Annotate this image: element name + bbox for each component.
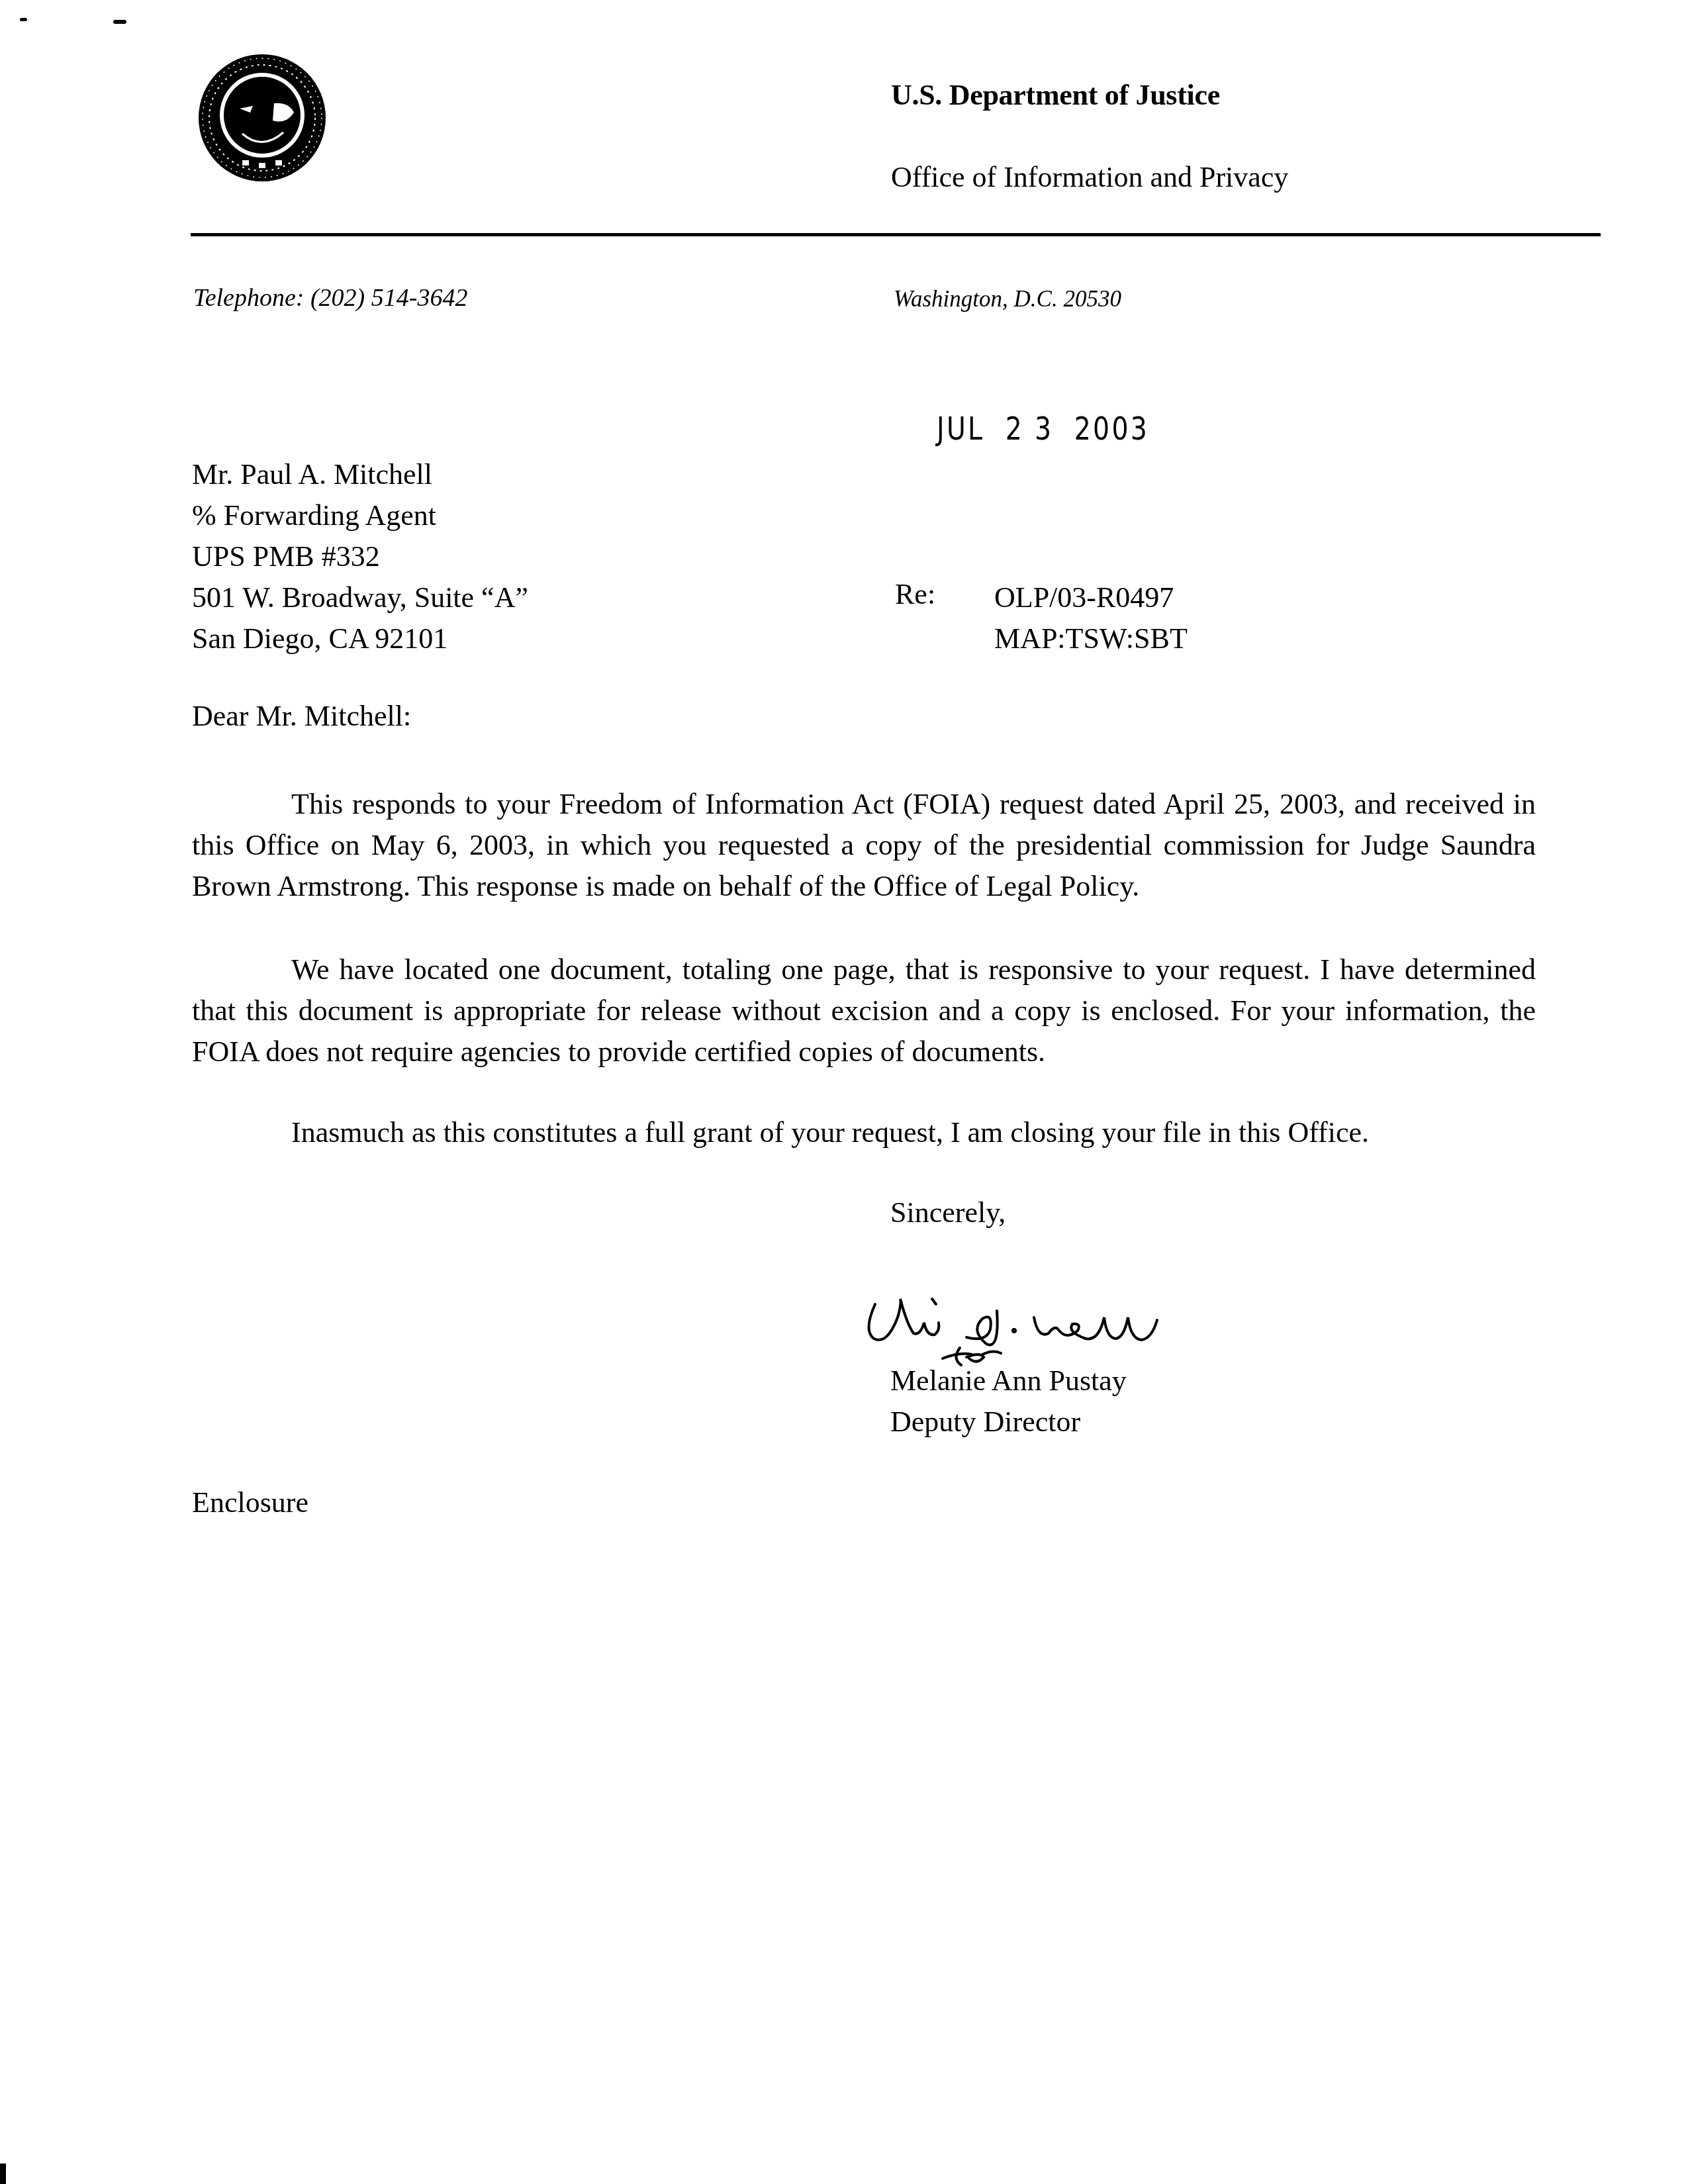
- telephone-number: Telephone: (202) 514-3642: [193, 283, 467, 312]
- doj-seal-icon: [196, 52, 328, 184]
- body-paragraph: Inasmuch as this constitutes a full gran…: [192, 1112, 1536, 1153]
- reference-codes: OLP/03-R0497 MAP:TSW:SBT: [994, 577, 1188, 659]
- scan-speck: [113, 20, 126, 24]
- department-name: U.S. Department of Justice: [891, 78, 1220, 112]
- date-stamp: JUL 2 3 2003: [937, 410, 1149, 448]
- office-city: Washington, D.C. 20530: [894, 286, 1121, 312]
- handwritten-signature-icon: [861, 1291, 1258, 1423]
- address-line: San Diego, CA 92101: [192, 618, 528, 659]
- address-line: Mr. Paul A. Mitchell: [192, 454, 528, 495]
- reference-label: Re:: [895, 577, 935, 611]
- body-paragraph: This responds to your Freedom of Informa…: [192, 784, 1536, 907]
- address-line: % Forwarding Agent: [192, 495, 528, 536]
- reference-line: MAP:TSW:SBT: [994, 618, 1188, 659]
- salutation: Dear Mr. Mitchell:: [192, 699, 411, 733]
- enclosure-note: Enclosure: [192, 1486, 308, 1519]
- valediction: Sincerely,: [890, 1196, 1006, 1229]
- body-paragraph: We have located one document, totaling o…: [192, 949, 1536, 1072]
- scan-edge-mark: [0, 2163, 6, 2184]
- letterhead-divider: [191, 233, 1601, 236]
- signer-name: Melanie Ann Pustay: [890, 1364, 1127, 1398]
- scan-speck: [20, 18, 27, 21]
- signer-title: Deputy Director: [890, 1405, 1080, 1439]
- recipient-address: Mr. Paul A. Mitchell % Forwarding Agent …: [192, 454, 528, 659]
- address-line: 501 W. Broadway, Suite “A”: [192, 577, 528, 618]
- office-name: Office of Information and Privacy: [891, 160, 1288, 194]
- address-line: UPS PMB #332: [192, 536, 528, 577]
- reference-line: OLP/03-R0497: [994, 577, 1188, 618]
